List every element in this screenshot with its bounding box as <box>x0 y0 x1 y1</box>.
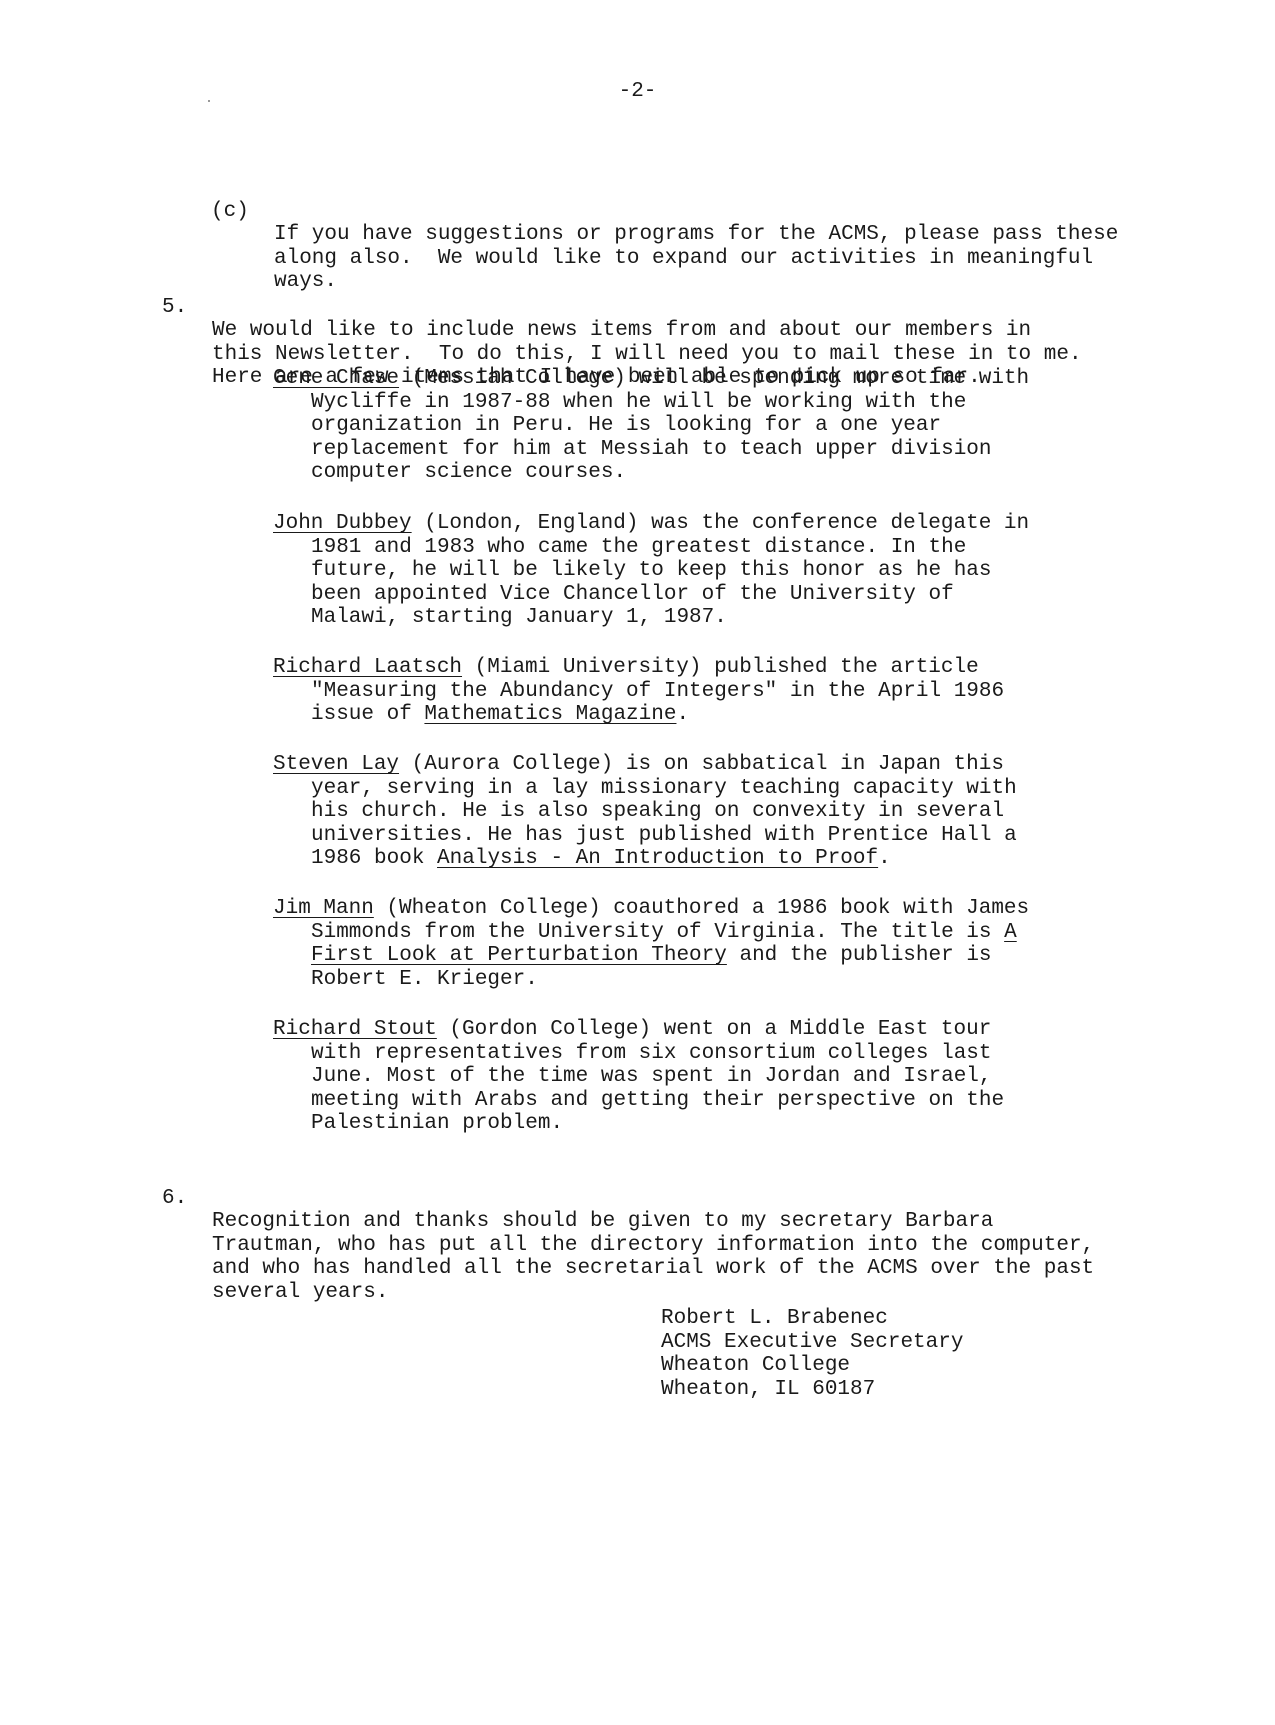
page-number: -2- <box>0 80 1275 104</box>
signatory-title: ACMS Executive Secretary <box>661 1331 963 1355</box>
news-item-jim-mann: Jim Mann (Wheaton College) coauthored a … <box>273 897 1033 991</box>
member-name: Jim Mann <box>273 897 374 920</box>
item-5: 5. We would like to include news items f… <box>162 272 187 343</box>
news-text: (Wheaton College) coauthored a 1986 book… <box>311 897 1029 944</box>
signatory-institution: Wheaton College <box>661 1354 963 1378</box>
news-item-richard-laatsch: Richard Laatsch (Miami University) publi… <box>273 656 1033 727</box>
news-item-richard-stout: Richard Stout (Gordon College) went on a… <box>273 1018 1033 1136</box>
news-text-end: . <box>676 703 689 726</box>
item-c-text: If you have suggestions or programs for … <box>274 223 1144 294</box>
item-6-number: 6. <box>162 1187 187 1211</box>
news-item-steven-lay: Steven Lay (Aurora College) is on sabbat… <box>273 753 1033 871</box>
item-5-number: 5. <box>162 296 187 320</box>
member-name: Gene Chase <box>273 367 399 390</box>
member-name: Richard Stout <box>273 1018 437 1041</box>
news-item-gene-chase: Gene Chase (Messiah College) will be spe… <box>273 367 1033 485</box>
member-name: John Dubbey <box>273 512 412 535</box>
news-text: (London, England) was the conference del… <box>311 512 1029 629</box>
item-c-label: (c) <box>211 200 249 224</box>
signatory-address: Wheaton, IL 60187 <box>661 1378 963 1402</box>
item-6: 6. Recognition and thanks should be give… <box>162 1163 187 1234</box>
member-name: Steven Lay <box>273 753 399 776</box>
item-6-text: Recognition and thanks should be given t… <box>212 1210 1112 1304</box>
signature-block: Robert L. Brabenec ACMS Executive Secret… <box>661 1307 963 1401</box>
item-c: (c) If you have suggestions or programs … <box>211 176 236 247</box>
news-text-end: . <box>878 847 891 870</box>
scan-speck <box>208 100 210 102</box>
news-text: (Messiah College) will be spending more … <box>311 367 1029 484</box>
signatory-name: Robert L. Brabenec <box>661 1307 963 1331</box>
publication-title: Analysis - An Introduction to Proof <box>437 847 878 870</box>
publication-title: Mathematics Magazine <box>424 703 676 726</box>
member-name: Richard Laatsch <box>273 656 462 679</box>
news-item-john-dubbey: John Dubbey (London, England) was the co… <box>273 512 1033 630</box>
